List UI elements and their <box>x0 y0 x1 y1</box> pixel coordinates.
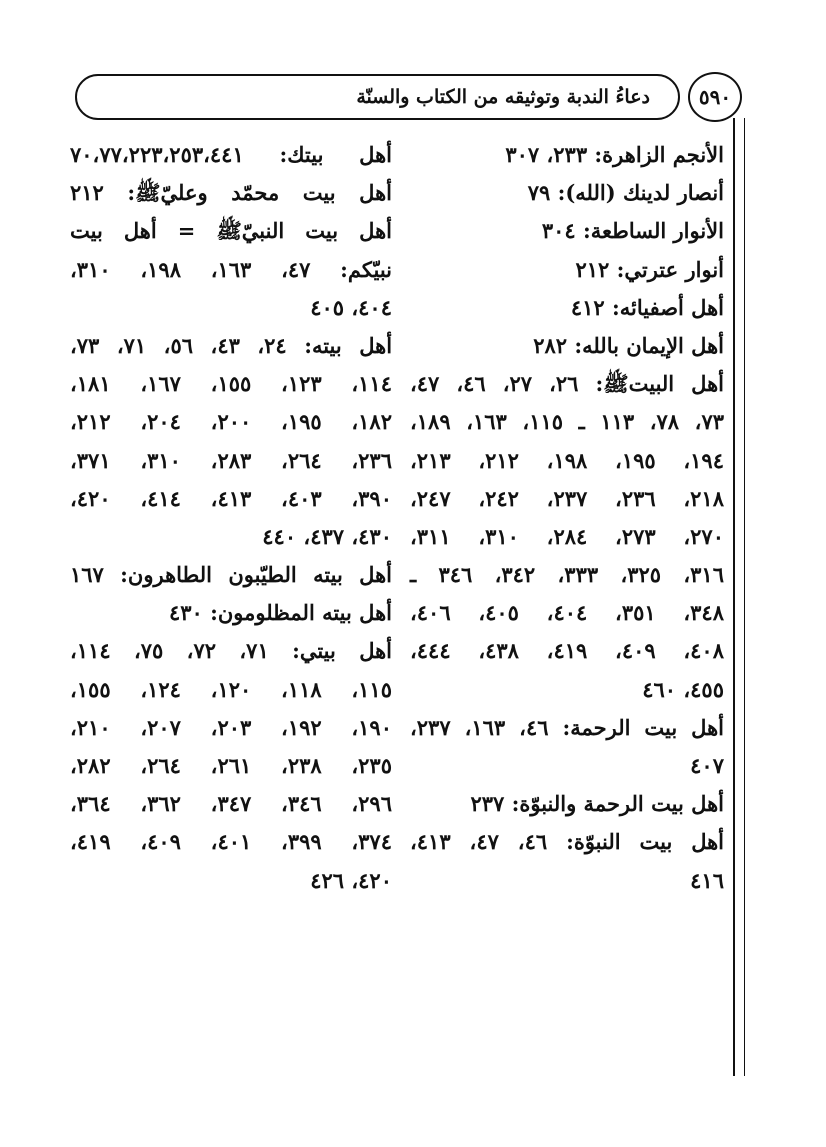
index-entry-line: ٤٢٠، ٤٢٦ <box>70 862 392 900</box>
index-entry-line: ٤٣٠، ٤٣٧، ٤٤٠ <box>70 518 392 556</box>
index-entry-line: ٤٠٤، ٤٠٥ <box>70 289 392 327</box>
index-entry-line: ٤١٦ <box>410 862 724 900</box>
index-entry-line: أنصار لدينك (الله): ٧٩ <box>410 174 724 212</box>
index-entry-line: ٧٣، ٧٨، ١١٣ ـ ١١٥، ١٦٣، ١٨٩، <box>410 403 724 441</box>
index-entry-line: ٢٣٦، ٢٦٤، ٢٨٣، ٣١٠، ٣٧١، <box>70 442 392 480</box>
index-entry-line: أنوار عترتي: ٢١٢ <box>410 251 724 289</box>
index-column-left: أهل بيتك: ٧٠،٧٧،٢٢٣،٢٥٣،٤٤١أهل بيت محمّد… <box>70 136 392 900</box>
index-entry-line: أهل بيت محمّد وعليّﷺ: ٢١٢ <box>70 174 392 212</box>
index-entry-line: أهل أصفيائه: ٤١٢ <box>410 289 724 327</box>
index-entry-line: ٤٠٧ <box>410 747 724 785</box>
page-number: ٥٩٠ <box>699 85 731 109</box>
index-entry-line: أهل بيته الطيّبون الطاهرون: ١٦٧ <box>70 556 392 594</box>
index-entry-line: أهل بيت الرحمة والنبوّة: ٢٣٧ <box>410 785 724 823</box>
index-entry-line: ٢١٨، ٢٣٦، ٢٣٧، ٢٤٢، ٢٤٧، <box>410 480 724 518</box>
index-entry-line: أهل بيته المظلومون: ٤٣٠ <box>70 594 392 632</box>
index-entry-line: أهل بيت الرحمة: ٤٦، ١٦٣، ٢٣٧، <box>410 709 724 747</box>
index-entry-line: ١٨٢، ١٩٥، ٢٠٠، ٢٠٤، ٢١٢، <box>70 403 392 441</box>
index-entry-line: ١١٥، ١١٨، ١٢٠، ١٢٤، ١٥٥، <box>70 671 392 709</box>
index-column-right: الأنجم الزاهرة: ٢٣٣، ٣٠٧أنصار لدينك (الل… <box>410 136 724 900</box>
running-header-title: دعاءُ الندبة وتوثيقه من الكتاب والسنّة <box>356 86 650 108</box>
index-entry-line: أهل بيت النبوّة: ٤٦، ٤٧، ٤١٣، <box>410 823 724 861</box>
index-entry-line: ٣٤٨، ٣٥١، ٤٠٤، ٤٠٥، ٤٠٦، <box>410 594 724 632</box>
index-entry-line: ١١٤، ١٢٣، ١٥٥، ١٦٧، ١٨١، <box>70 365 392 403</box>
running-header: دعاءُ الندبة وتوثيقه من الكتاب والسنّة <box>75 74 680 120</box>
index-entry-line: ٣١٦، ٣٢٥، ٣٣٣، ٣٤٢، ٣٤٦ ـ <box>410 556 724 594</box>
index-entry-line: ٢٣٥، ٢٣٨، ٢٦١، ٢٦٤، ٢٨٢، <box>70 747 392 785</box>
index-entry-line: ٤٥٥، ٤٦٠ <box>410 671 724 709</box>
index-entry-line: أهل الإيمان بالله: ٢٨٢ <box>410 327 724 365</box>
index-entry-line: ٤٠٨، ٤٠٩، ٤١٩، ٤٣٨، ٤٤٤، <box>410 632 724 670</box>
index-entry-line: ٣٩٠، ٤٠٣، ٤١٣، ٤١٤، ٤٢٠، <box>70 480 392 518</box>
index-entry-line: ٢٧٠، ٢٧٣، ٢٨٤، ٣١٠، ٣١١، <box>410 518 724 556</box>
index-entry-line: أهل البيتﷺ: ٢٦، ٢٧، ٤٦، ٤٧، <box>410 365 724 403</box>
index-entry-line: أهل بيتك: ٧٠،٧٧،٢٢٣،٢٥٣،٤٤١ <box>70 136 392 174</box>
index-entry-line: ٣٧٤، ٣٩٩، ٤٠١، ٤٠٩، ٤١٩، <box>70 823 392 861</box>
index-entry-line: ١٩٤، ١٩٥، ١٩٨، ٢١٢، ٢١٣، <box>410 442 724 480</box>
index-entry-line: ٢٩٦، ٣٤٦، ٣٤٧، ٣٦٢، ٣٦٤، <box>70 785 392 823</box>
index-entry-line: أهل بيت النبيّﷺ = أهل بيت <box>70 212 392 250</box>
page-number-badge: ٥٩٠ <box>688 72 742 122</box>
index-entry-line: أهل بيتي: ٧١، ٧٢، ٧٥، ١١٤، <box>70 632 392 670</box>
index-entry-line: نبيّكم: ٤٧، ١٦٣، ١٩٨، ٣١٠، <box>70 251 392 289</box>
index-entry-line: الأنجم الزاهرة: ٢٣٣، ٣٠٧ <box>410 136 724 174</box>
index-entry-line: أهل بيته: ٢٤، ٤٣، ٥٦، ٧١، ٧٣، <box>70 327 392 365</box>
margin-rule-inner <box>733 118 735 1076</box>
index-entry-line: ١٩٠، ١٩٢، ٢٠٣، ٢٠٧، ٢١٠، <box>70 709 392 747</box>
index-entry-line: الأنوار الساطعة: ٣٠٤ <box>410 212 724 250</box>
margin-rule-outer <box>744 118 745 1076</box>
